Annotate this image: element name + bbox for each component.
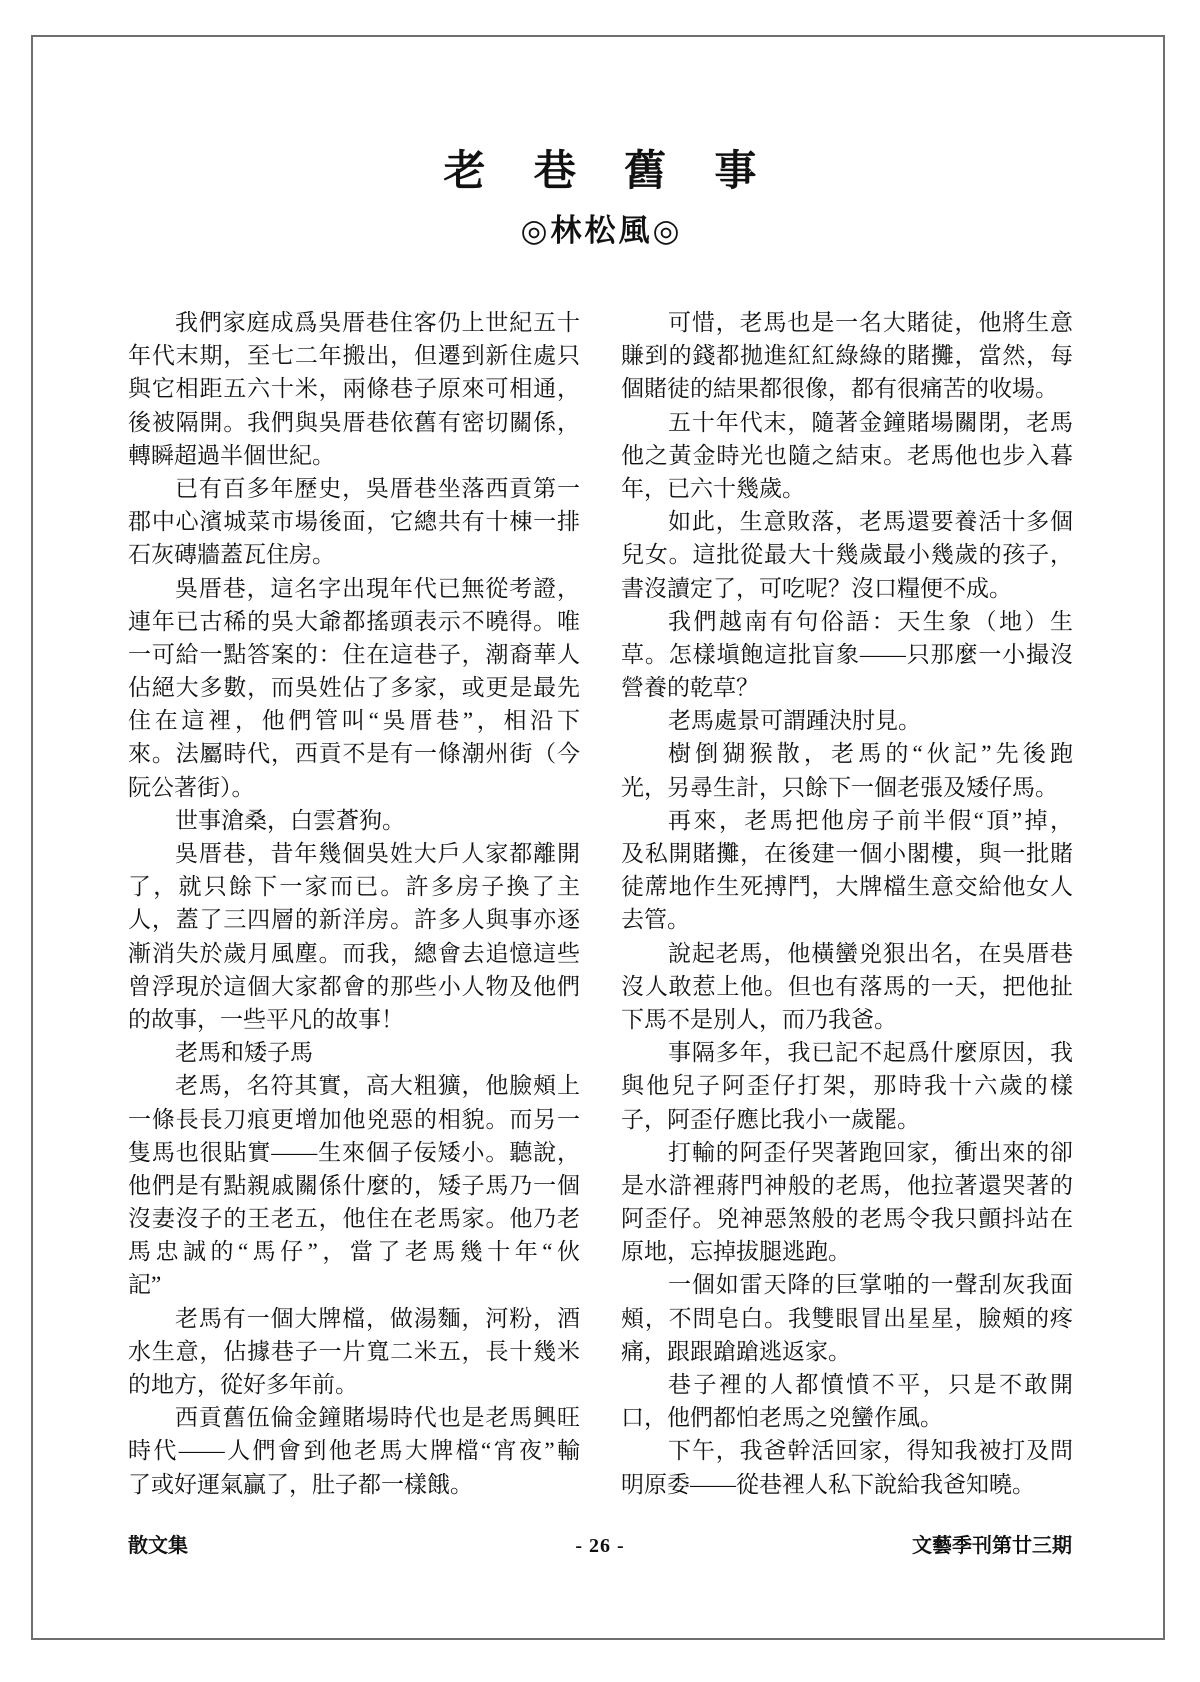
article-title: 老 巷 舊 事 xyxy=(0,148,1200,196)
text-line: 後被隔開。我們與吳厝巷依舊有密切關係， xyxy=(128,406,580,439)
text-line: 他們是有點親戚關係什麼的，矮子馬乃一個 xyxy=(128,1169,580,1202)
text-line: 人，蓋了三四層的新洋房。許多人與事亦逐 xyxy=(128,903,580,936)
text-line: 佔絕大多數，而吳姓佔了多家，或更是最先 xyxy=(128,671,580,704)
text-line: 來。法屬時代，西貢不是有一條潮州街（今 xyxy=(128,737,580,770)
text-line: 頰，不問皂白。我雙眼冒出星星，臉頰的疼 xyxy=(621,1302,1073,1335)
text-line: 沒妻沒子的王老五，他住在老馬家。他乃老 xyxy=(128,1202,580,1235)
text-line: 阮公著街）。 xyxy=(128,771,580,804)
text-line: 營養的乾草？ xyxy=(621,671,1073,704)
text-line: 草。怎樣塡飽這批盲象——只那麼一小撮沒 xyxy=(621,638,1073,671)
text-line: 五十年代末，隨著金鐘賭場關閉，老馬 xyxy=(621,406,1073,439)
text-line: 痛，跟跟蹌蹌逃返家。 xyxy=(621,1335,1073,1368)
text-line: 西貢舊伍倫金鐘賭場時代也是老馬興旺 xyxy=(128,1401,580,1434)
text-line: 再來，老馬把他房子前半假“頂”掉， xyxy=(621,804,1073,837)
footer-journal-title: 文藝季刊第廿三期 xyxy=(912,1533,1072,1559)
text-line: 個賭徒的結果都很像，都有很痛苦的收場。 xyxy=(621,372,1073,405)
text-line: 沒人敢惹上他。但也有落馬的一天，把他扯 xyxy=(621,970,1073,1003)
text-line: 原地，忘掉拔腿逃跑。 xyxy=(621,1235,1073,1268)
text-line: 的地方，從好多年前。 xyxy=(128,1368,580,1401)
text-line: 下午，我爸幹活回家，得知我被打及問 xyxy=(621,1434,1073,1467)
text-line: 老馬，名符其實，高大粗獷，他臉頰上 xyxy=(128,1069,580,1102)
text-line: 漸消失於歲月風塵。而我，總會去追憶這些 xyxy=(128,937,580,970)
text-column-right: 可惜，老馬也是一名大賭徒，他將生意賺到的錢都拋進紅紅綠綠的賭攤，當然，每個賭徒的… xyxy=(621,306,1073,1501)
text-line: 是水滸裡蔣門神般的老馬，他拉著還哭著的 xyxy=(621,1169,1073,1202)
text-line: 記” xyxy=(128,1268,580,1301)
text-line: 時代——人們會到他老馬大牌檔“宵夜”輸 xyxy=(128,1434,580,1467)
text-line: 老馬和矮子馬 xyxy=(128,1036,580,1069)
text-line: 說起老馬，他橫蠻兇狠出名，在吳厝巷 xyxy=(621,937,1073,970)
text-line: 年，已六十幾歲。 xyxy=(621,472,1073,505)
text-line: 曾浮現於這個大家都會的那些小人物及他們 xyxy=(128,970,580,1003)
text-line: 去管。 xyxy=(621,903,1073,936)
text-line: 郡中心濱城菜市場後面，它總共有十棟一排 xyxy=(128,505,580,538)
text-line: 他之黃金時光也隨之結束。老馬他也步入暮 xyxy=(621,439,1073,472)
text-line: 連年已古稀的吳大爺都搖頭表示不曉得。唯 xyxy=(128,605,580,638)
text-line: 一可給一點答案的：住在這巷子，潮裔華人 xyxy=(128,638,580,671)
text-line: 吳厝巷，這名字出現年代已無從考證， xyxy=(128,572,580,605)
text-line: 一個如雷天降的巨掌啪的一聲刮灰我面 xyxy=(621,1268,1073,1301)
text-line: 老馬處景可謂踵決肘見。 xyxy=(621,704,1073,737)
text-line: 與他兒子阿歪仔打架，那時我十六歲的樣 xyxy=(621,1069,1073,1102)
text-line: 我們家庭成爲吳厝巷住客仍上世紀五十 xyxy=(128,306,580,339)
text-line: 轉瞬超過半個世紀。 xyxy=(128,439,580,472)
text-line: 年代末期，至七二年搬出，但遷到新住處只 xyxy=(128,339,580,372)
article-author: ◎林松風◎ xyxy=(0,213,1200,249)
text-line: 打輸的阿歪仔哭著跑回家，衝出來的卻 xyxy=(621,1136,1073,1169)
text-line: 一條長長刀痕更增加他兇惡的相貌。而另一 xyxy=(128,1103,580,1136)
text-line: 事隔多年，我已記不起爲什麼原因，我 xyxy=(621,1036,1073,1069)
text-line: 的故事，一些平凡的故事！ xyxy=(128,1003,580,1036)
text-line: 子，阿歪仔應比我小一歲罷。 xyxy=(621,1103,1073,1136)
text-line: 住在這裡，他們管叫“吳厝巷”，相沿下 xyxy=(128,704,580,737)
text-line: 下馬不是別人，而乃我爸。 xyxy=(621,1003,1073,1036)
text-line: 了，就只餘下一家而已。許多房子換了主 xyxy=(128,870,580,903)
text-line: 如此，生意敗落，老馬還要養活十多個 xyxy=(621,505,1073,538)
text-line: 石灰磚牆蓋瓦住房。 xyxy=(128,538,580,571)
text-line: 水生意，佔據巷子一片寬二米五，長十幾米 xyxy=(128,1335,580,1368)
text-line: 世事滄桑，白雲蒼狗。 xyxy=(128,804,580,837)
text-line: 光，另尋生計，只餘下一個老張及矮仔馬。 xyxy=(621,771,1073,804)
text-line: 明原委——從巷裡人私下說給我爸知曉。 xyxy=(621,1468,1073,1501)
text-line: 馬忠誠的“馬仔”，當了老馬幾十年“伙 xyxy=(128,1235,580,1268)
text-line: 可惜，老馬也是一名大賭徒，他將生意 xyxy=(621,306,1073,339)
text-line: 與它相距五六十米，兩條巷子原來可相通， xyxy=(128,372,580,405)
text-column-left: 我們家庭成爲吳厝巷住客仍上世紀五十年代末期，至七二年搬出，但遷到新住處只與它相距… xyxy=(128,306,580,1501)
text-line: 賺到的錢都拋進紅紅綠綠的賭攤，當然，每 xyxy=(621,339,1073,372)
text-line: 樹倒猢猴散，老馬的“伙記”先後跑 xyxy=(621,737,1073,770)
text-line: 巷子裡的人都憤憤不平，只是不敢開 xyxy=(621,1368,1073,1401)
text-line: 書沒讀定了，可吃呢？沒口糧便不成。 xyxy=(621,572,1073,605)
text-line: 老馬有一個大牌檔，做湯麵，河粉，酒 xyxy=(128,1302,580,1335)
text-line: 了或好運氣贏了，肚子都一樣餓。 xyxy=(128,1468,580,1501)
text-line: 隻馬也很貼實——生來個子佞矮小。聽說， xyxy=(128,1136,580,1169)
text-line: 吳厝巷，昔年幾個吳姓大戶人家都離開 xyxy=(128,837,580,870)
text-line: 兒女。這批從最大十幾歲最小幾歲的孩子， xyxy=(621,538,1073,571)
text-line: 及私開賭攤，在後建一個小閣樓，與一批賭 xyxy=(621,837,1073,870)
text-line: 口，他們都怕老馬之兇蠻作風。 xyxy=(621,1401,1073,1434)
text-line: 已有百多年歷史，吳厝巷坐落西貢第一 xyxy=(128,472,580,505)
text-line: 徒蓆地作生死搏鬥，大牌檔生意交給他女人 xyxy=(621,870,1073,903)
text-line: 阿歪仔。兇神惡煞般的老馬令我只顫抖站在 xyxy=(621,1202,1073,1235)
text-line: 我們越南有句俗語：天生象（地）生 xyxy=(621,605,1073,638)
